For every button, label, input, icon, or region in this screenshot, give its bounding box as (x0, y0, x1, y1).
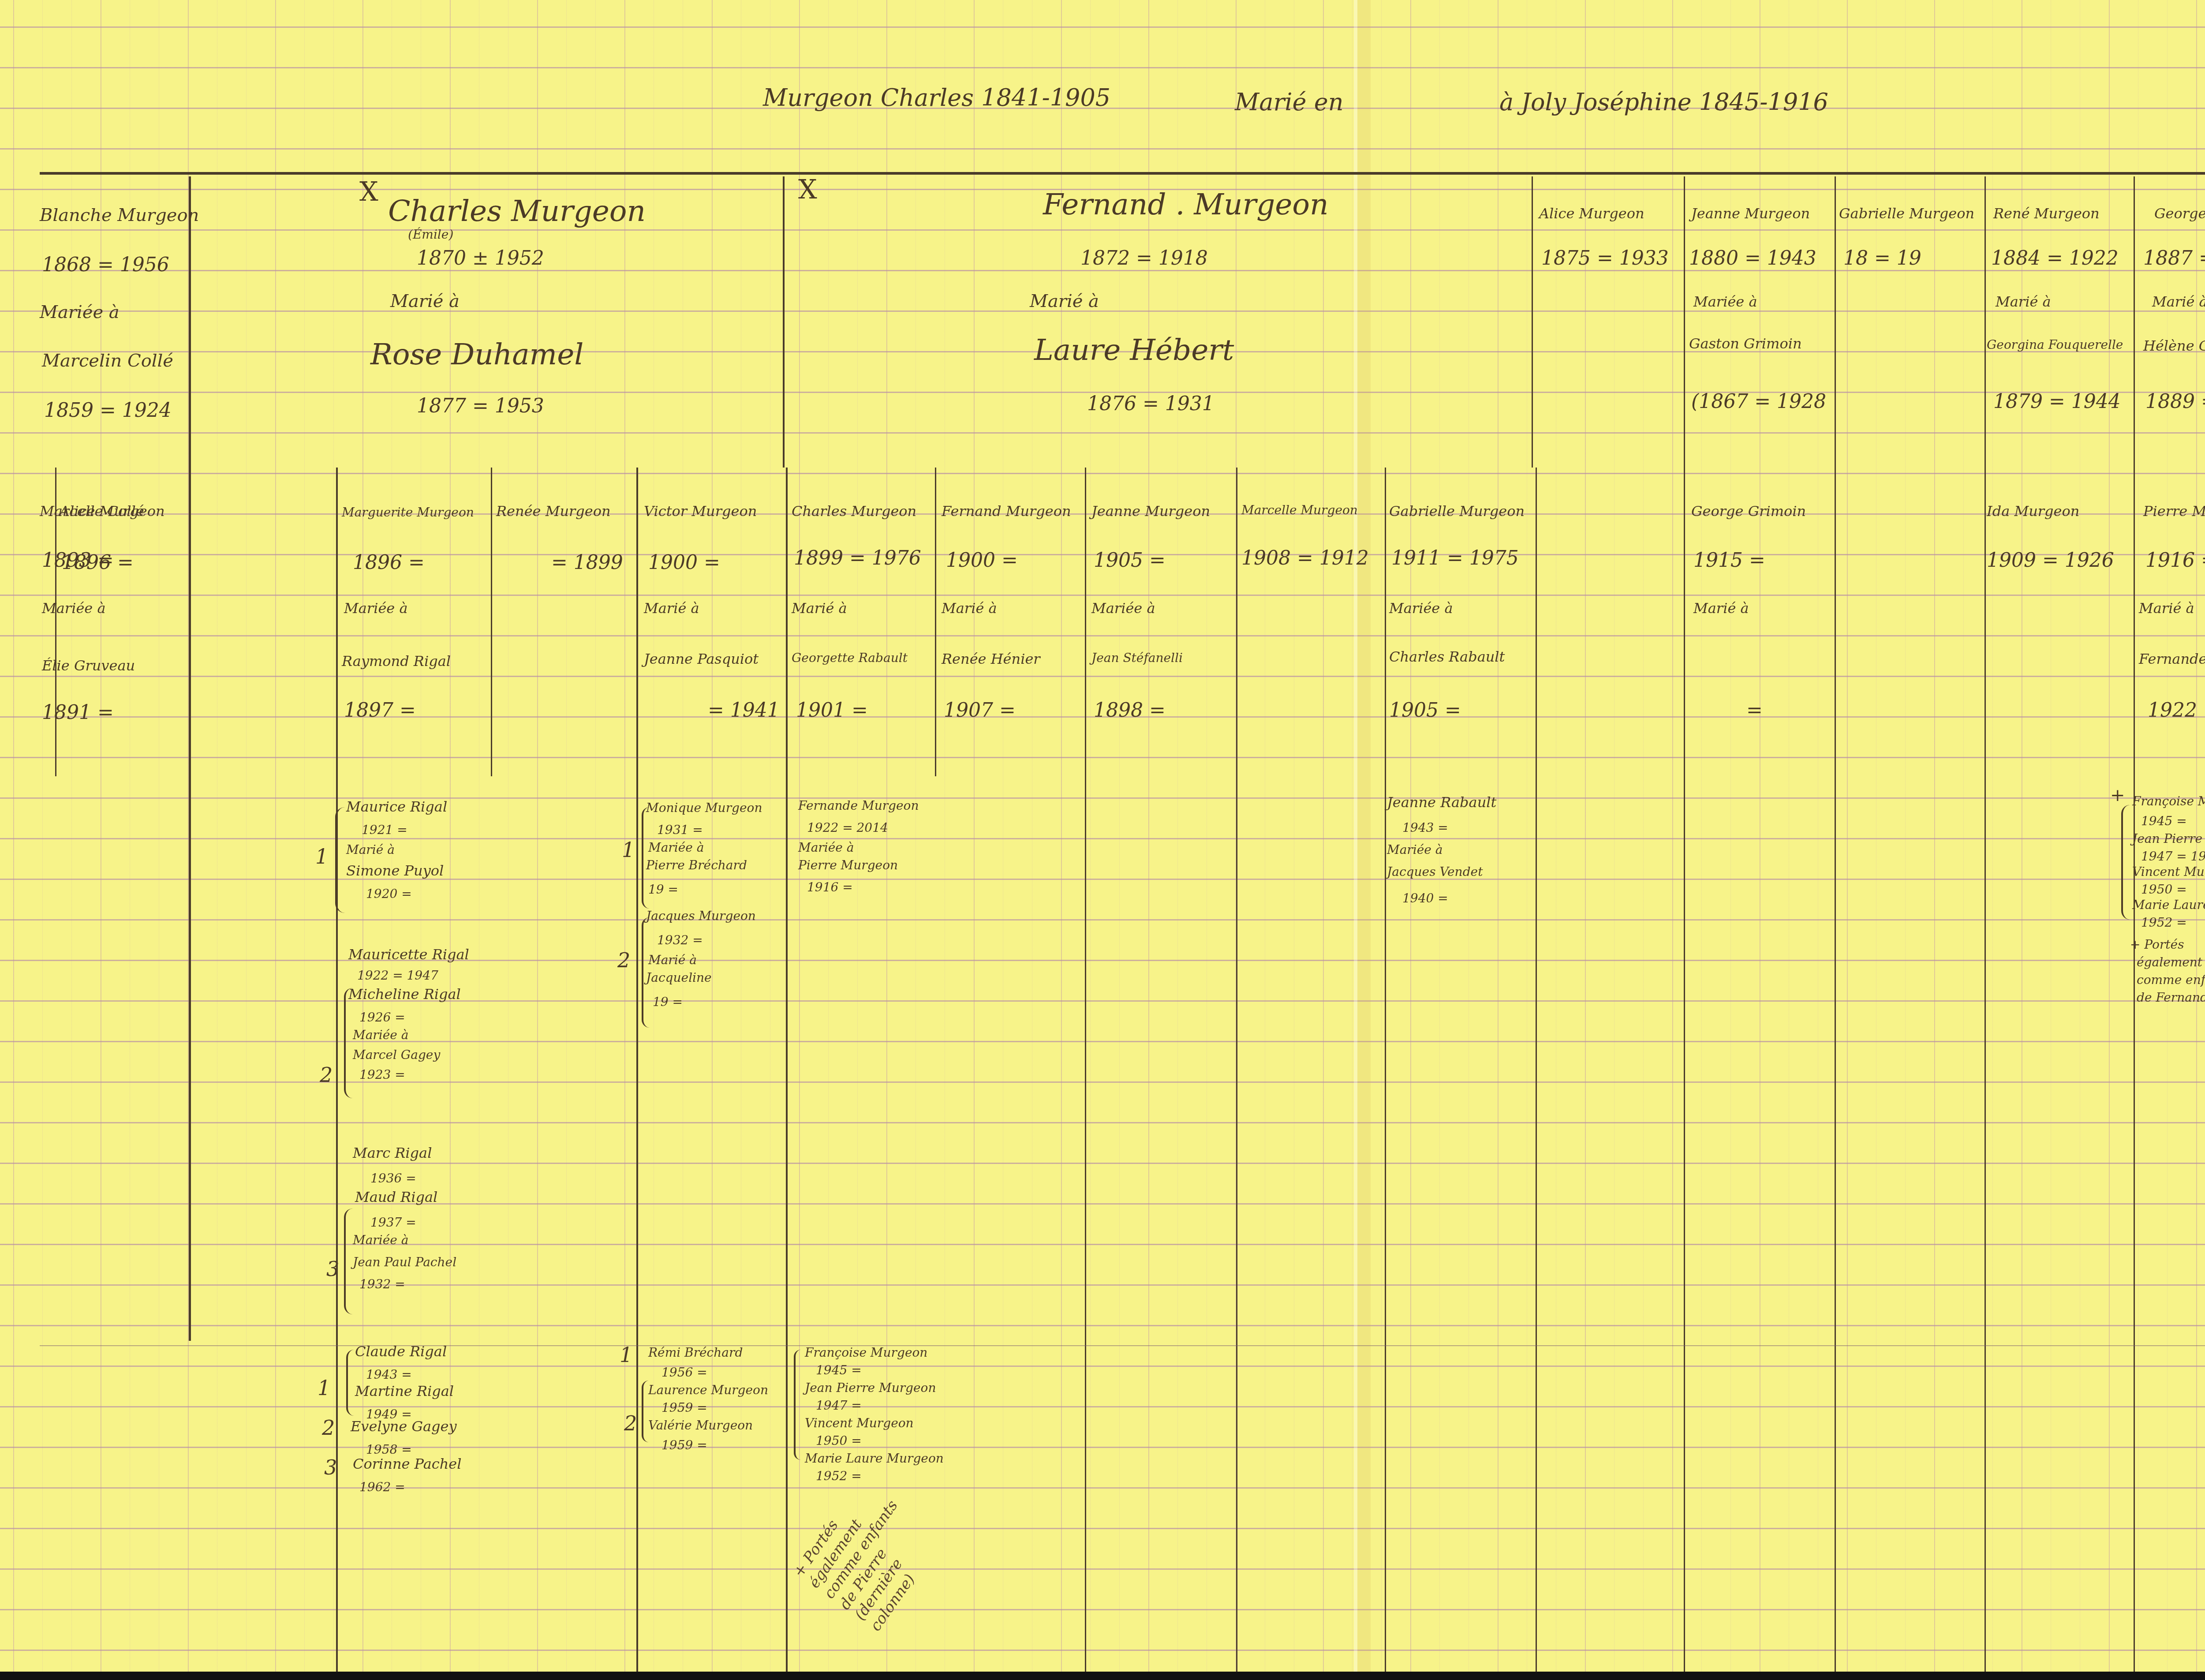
person-dates: 1943 = (1402, 820, 1448, 835)
person-name: Maud Rigal (355, 1189, 437, 1205)
married-label: Marié à (1996, 293, 2051, 310)
person-dates: 1922 = 1947 (357, 968, 438, 983)
patriarch-name: Murgeon Charles 1841-1905 (763, 84, 1110, 112)
column-divider (786, 468, 788, 1676)
married-label: Mariée à (648, 840, 704, 855)
married-label: Marié à (644, 600, 699, 617)
married-label: Mariée à (1693, 293, 1757, 310)
person-name: Jean Pierre Murgeon (805, 1381, 936, 1395)
person-dates: 1880 = 1943 (1689, 247, 1816, 269)
brace (642, 1381, 649, 1442)
matriarch-name: à Joly Joséphine 1845-1916 (1499, 88, 1828, 116)
person-dates: 1932 = (657, 933, 703, 947)
married-label: Mariée à (1389, 600, 1453, 617)
group-number: 3 (324, 1456, 337, 1479)
person-name: Pierre Murgeon (2143, 503, 2205, 520)
person-dates: 1875 = 1933 (1541, 247, 1669, 269)
spouse-dates: 1905 = (1389, 699, 1461, 722)
person-dates: 1962 = (359, 1480, 405, 1494)
column-divider (1085, 468, 1086, 1676)
person-name: Corinne Pachel (353, 1456, 461, 1472)
person-name: Fernand . Murgeon (1043, 187, 1329, 221)
person-name: Marguerite Murgeon (342, 505, 474, 520)
person-name: Charles Murgeon (792, 503, 916, 520)
person-dates: 1922 = 2014 (807, 820, 888, 835)
spouse-name: Georgina Fouquerelle (1987, 337, 2123, 352)
spouse-name: Charles Rabault (1389, 648, 1505, 665)
married-label: Mariée à (42, 600, 106, 617)
person-dates: 1945 = (816, 1363, 862, 1377)
spouse-name: Georgette Rabault (792, 651, 908, 665)
spouse-dates: 1889 = (2145, 390, 2205, 413)
person-dates: 1909 = 1926 (1987, 549, 2114, 572)
spouse-dates: = 1941 (708, 699, 780, 722)
spouse-name: Marcelin Collé (42, 351, 173, 371)
person-dates: 1896 = (353, 551, 425, 574)
spouse-dates: (1867 = 1928 (1691, 390, 1826, 413)
person-name: Rémi Bréchard (648, 1345, 743, 1360)
spouse-dates: 19 = (653, 995, 683, 1009)
column-divider (1536, 468, 1537, 1676)
spouse-name: Simone Puyol (346, 862, 444, 879)
person-dates: 1945 = (2141, 814, 2187, 828)
person-name: Jacques Murgeon (646, 909, 756, 923)
person-name: Marie Laure Murgeon (805, 1451, 944, 1466)
cross-mark-icon: X (359, 176, 378, 207)
cross-mark-icon: X (798, 174, 817, 205)
column-divider (1684, 176, 1685, 1676)
group-number: 1 (318, 1376, 330, 1400)
brace (344, 1209, 353, 1314)
spouse-name: Marcel Gagey (353, 1048, 440, 1062)
spouse-dates: 1923 = (359, 1067, 405, 1082)
column-divider (1532, 176, 1533, 468)
person-name: Fernande Murgeon (798, 798, 919, 813)
person-name: Charles Murgeon (388, 194, 646, 228)
spouse-name: Fernande Murgeon (2139, 651, 2205, 667)
spouse-name: Renée Hénier (942, 651, 1040, 667)
person-dates: 1947 = 1949 (2141, 849, 2205, 864)
person-dates: 1884 = 1922 (1991, 247, 2119, 269)
group-number: 2 (617, 948, 630, 972)
person-name: René Murgeon (1993, 205, 2100, 222)
spouse-name: Jacques Vendet (1387, 864, 1483, 879)
person-dates: 1943 = (366, 1367, 412, 1382)
spouse-dates: 1940 = (1402, 891, 1448, 905)
person-dates: 1899 = 1976 (794, 547, 921, 569)
person-name: Maurice Rigal (346, 798, 447, 815)
cross-mark-icon: + (2110, 785, 2125, 805)
brace (794, 1350, 801, 1460)
person-dates: 1952 = (2141, 915, 2187, 930)
spouse-name: Jacqueline (646, 970, 712, 985)
person-name: Victor Murgeon (644, 503, 757, 520)
person-name: Alice Murgeon (60, 503, 165, 520)
group-number: 1 (620, 1343, 632, 1367)
column-divider (783, 176, 785, 468)
married-label: Mariée à (344, 600, 408, 617)
footnote-line: également (2137, 955, 2202, 969)
person-dates: 1926 = (359, 1010, 405, 1025)
person-name: Gabrielle Murgeon (1839, 205, 1974, 222)
married-label: Marié à (942, 600, 997, 617)
group-number: 3 (326, 1257, 339, 1281)
spouse-dates: 1876 = 1931 (1087, 393, 1215, 415)
spouse-dates: = (1746, 699, 1763, 722)
person-dates: 1870 ± 1952 (417, 247, 544, 269)
column-divider (1835, 176, 1836, 1676)
person-name: George Murgeon (2154, 205, 2205, 222)
spouse-dates: 1922 = (2148, 699, 2205, 722)
column-divider (1385, 468, 1386, 1676)
married-label: Marié à (2139, 600, 2194, 617)
person-dates: 1958 = (366, 1442, 412, 1457)
person-name: Marie Laure Murgeon (2132, 898, 2205, 912)
married-label: Marié à (1693, 600, 1749, 617)
person-dates: 18 = 19 (1843, 247, 1921, 269)
person-name: Blanche Murgeon (40, 205, 199, 225)
spouse-dates: 1891 = (42, 701, 114, 724)
married-label: Mariée à (1387, 842, 1443, 857)
person-dates: 1950 = (816, 1433, 862, 1448)
person-name: Claude Rigal (355, 1343, 447, 1360)
spouse-dates: 1898 = (1094, 699, 1166, 722)
spouse-dates: 1932 = (359, 1277, 405, 1291)
scan-edge (0, 1672, 2205, 1680)
person-name: Martine Rigal (355, 1383, 454, 1399)
person-dates: 1900 = (946, 549, 1018, 572)
person-dates: 1905 = (1094, 549, 1166, 572)
footnote-line: + Portés (2130, 937, 2184, 952)
person-name: Marc Rigal (353, 1145, 432, 1161)
person-name: Renée Murgeon (496, 503, 611, 520)
column-divider (636, 468, 638, 1676)
person-name: Jeanne Rabault (1387, 794, 1496, 811)
person-name: Marcelle Murgeon (1241, 503, 1358, 517)
spouse-dates: 1916 = (807, 880, 853, 894)
column-divider (491, 468, 492, 776)
person-dates: 1921 = (362, 823, 407, 837)
footnote-line: de Fernande (2137, 990, 2205, 1005)
person-name: Micheline Rigal (348, 986, 461, 1003)
column-divider (935, 468, 936, 776)
spouse-name: Rose Duhamel (370, 337, 583, 371)
person-dates: 1937 = (370, 1215, 416, 1230)
married-label: Marié à (390, 291, 460, 311)
person-name: Laurence Murgeon (648, 1383, 768, 1397)
married-label: Marié à (792, 600, 847, 617)
spouse-dates: 1897 = (344, 699, 416, 722)
spouse-name: Raymond Rigal (342, 653, 451, 670)
person-dates: 1911 = 1975 (1391, 547, 1519, 569)
person-name: Fernand Murgeon (942, 503, 1071, 520)
spouse-name: Jean Stéfanelli (1091, 651, 1183, 665)
header-rule (40, 172, 2205, 175)
person-dates: 1896 = (62, 551, 134, 574)
person-dates: 1936 = (370, 1171, 416, 1186)
person-nickname: (Émile) (408, 227, 453, 242)
spouse-name: Pierre Murgeon (798, 858, 898, 872)
spouse-dates: 1877 = 1953 (417, 395, 544, 417)
spouse-dates: 1920 = (366, 887, 412, 901)
paper-fold (1354, 0, 1357, 1680)
spouse-dates: 1859 = 1924 (44, 399, 172, 422)
married-label: Marié à (2152, 293, 2205, 310)
person-dates: 1915 = (1693, 549, 1765, 572)
married-label: Mariée à (798, 840, 854, 855)
person-dates: 1956 = (661, 1365, 707, 1380)
person-dates: 1908 = 1912 (1241, 547, 1369, 569)
marriage-label: Marié en (1235, 88, 1343, 116)
spouse-name: Laure Hébert (1034, 333, 1234, 367)
person-name: George Grimoin (1691, 503, 1806, 520)
group-number: 1 (622, 838, 635, 862)
spouse-name: Hélène Grimoin (2143, 337, 2205, 354)
person-name: Françoise Murgeon (2132, 794, 2205, 808)
person-dates: 1916 = 1996 (2145, 549, 2205, 572)
spouse-dates: 1901 = (796, 699, 868, 722)
person-dates: = 1899 (551, 551, 623, 574)
married-label: Marié à (346, 842, 395, 857)
person-name: Ida Murgeon (1987, 503, 2079, 520)
person-name: Alice Murgeon (1539, 205, 1644, 222)
person-name: Jeanne Murgeon (1091, 503, 1210, 520)
person-dates: 1947 = (816, 1398, 862, 1413)
spouse-dates: 19 = (648, 882, 678, 897)
spouse-name: Jean Paul Pachel (353, 1255, 456, 1269)
married-label: Mariée à (40, 302, 120, 322)
person-dates: 1959 = (661, 1400, 707, 1415)
group-number: 2 (322, 1416, 335, 1440)
person-dates: 1950 = (2141, 882, 2187, 897)
person-name: Gabrielle Murgeon (1389, 503, 1525, 520)
column-divider (1984, 176, 1986, 1676)
person-name: Valérie Murgeon (648, 1418, 753, 1433)
person-name: Jean Pierre Murgeon (2132, 831, 2205, 846)
married-label: Mariée à (353, 1233, 408, 1247)
spouse-name: Pierre Bréchard (646, 858, 747, 872)
column-divider (1236, 468, 1237, 1676)
person-dates: 1868 = 1956 (42, 254, 169, 276)
spouse-dates: 1907 = (944, 699, 1016, 722)
person-name: Evelyne Gagey (351, 1418, 457, 1435)
column-divider (336, 468, 338, 1676)
paper-fold-shadow (1357, 0, 1371, 1680)
footnote-line: comme enfants (2137, 973, 2205, 987)
spouse-dates: 1879 = 1944 (1993, 390, 2121, 413)
person-dates: 1900 = (648, 551, 720, 574)
married-label: Marié à (1030, 291, 1099, 311)
person-name: Vincent Murgeon (2132, 864, 2205, 879)
group-number: 1 (315, 845, 328, 868)
spouse-name: Gaston Grimoin (1689, 335, 1802, 352)
column-divider (189, 176, 191, 1341)
person-dates: 1872 = 1918 (1080, 247, 1208, 269)
married-label: Mariée à (1091, 600, 1155, 617)
group-number: 2 (320, 1063, 333, 1087)
person-name: Mauricette Rigal (348, 946, 469, 963)
group-number: 2 (624, 1411, 637, 1435)
married-label: Mariée à (353, 1028, 408, 1042)
brace (344, 988, 353, 1098)
person-name: Jeanne Murgeon (1691, 205, 1810, 222)
person-dates: 1959 = (661, 1438, 707, 1452)
brace (2121, 805, 2130, 920)
married-label: Marié à (648, 953, 697, 967)
person-name: Monique Murgeon (646, 801, 762, 815)
column-divider (2134, 176, 2135, 1676)
spouse-name: Élie Gruveau (42, 657, 135, 674)
person-name: Françoise Murgeon (805, 1345, 927, 1360)
brace (335, 807, 345, 913)
person-dates: 1887 = 1926 (2143, 247, 2205, 269)
person-name: Vincent Murgeon (805, 1416, 914, 1430)
brace (346, 1350, 354, 1416)
spouse-name: Jeanne Pasquiot (644, 651, 759, 667)
person-dates: 1931 = (657, 823, 703, 837)
